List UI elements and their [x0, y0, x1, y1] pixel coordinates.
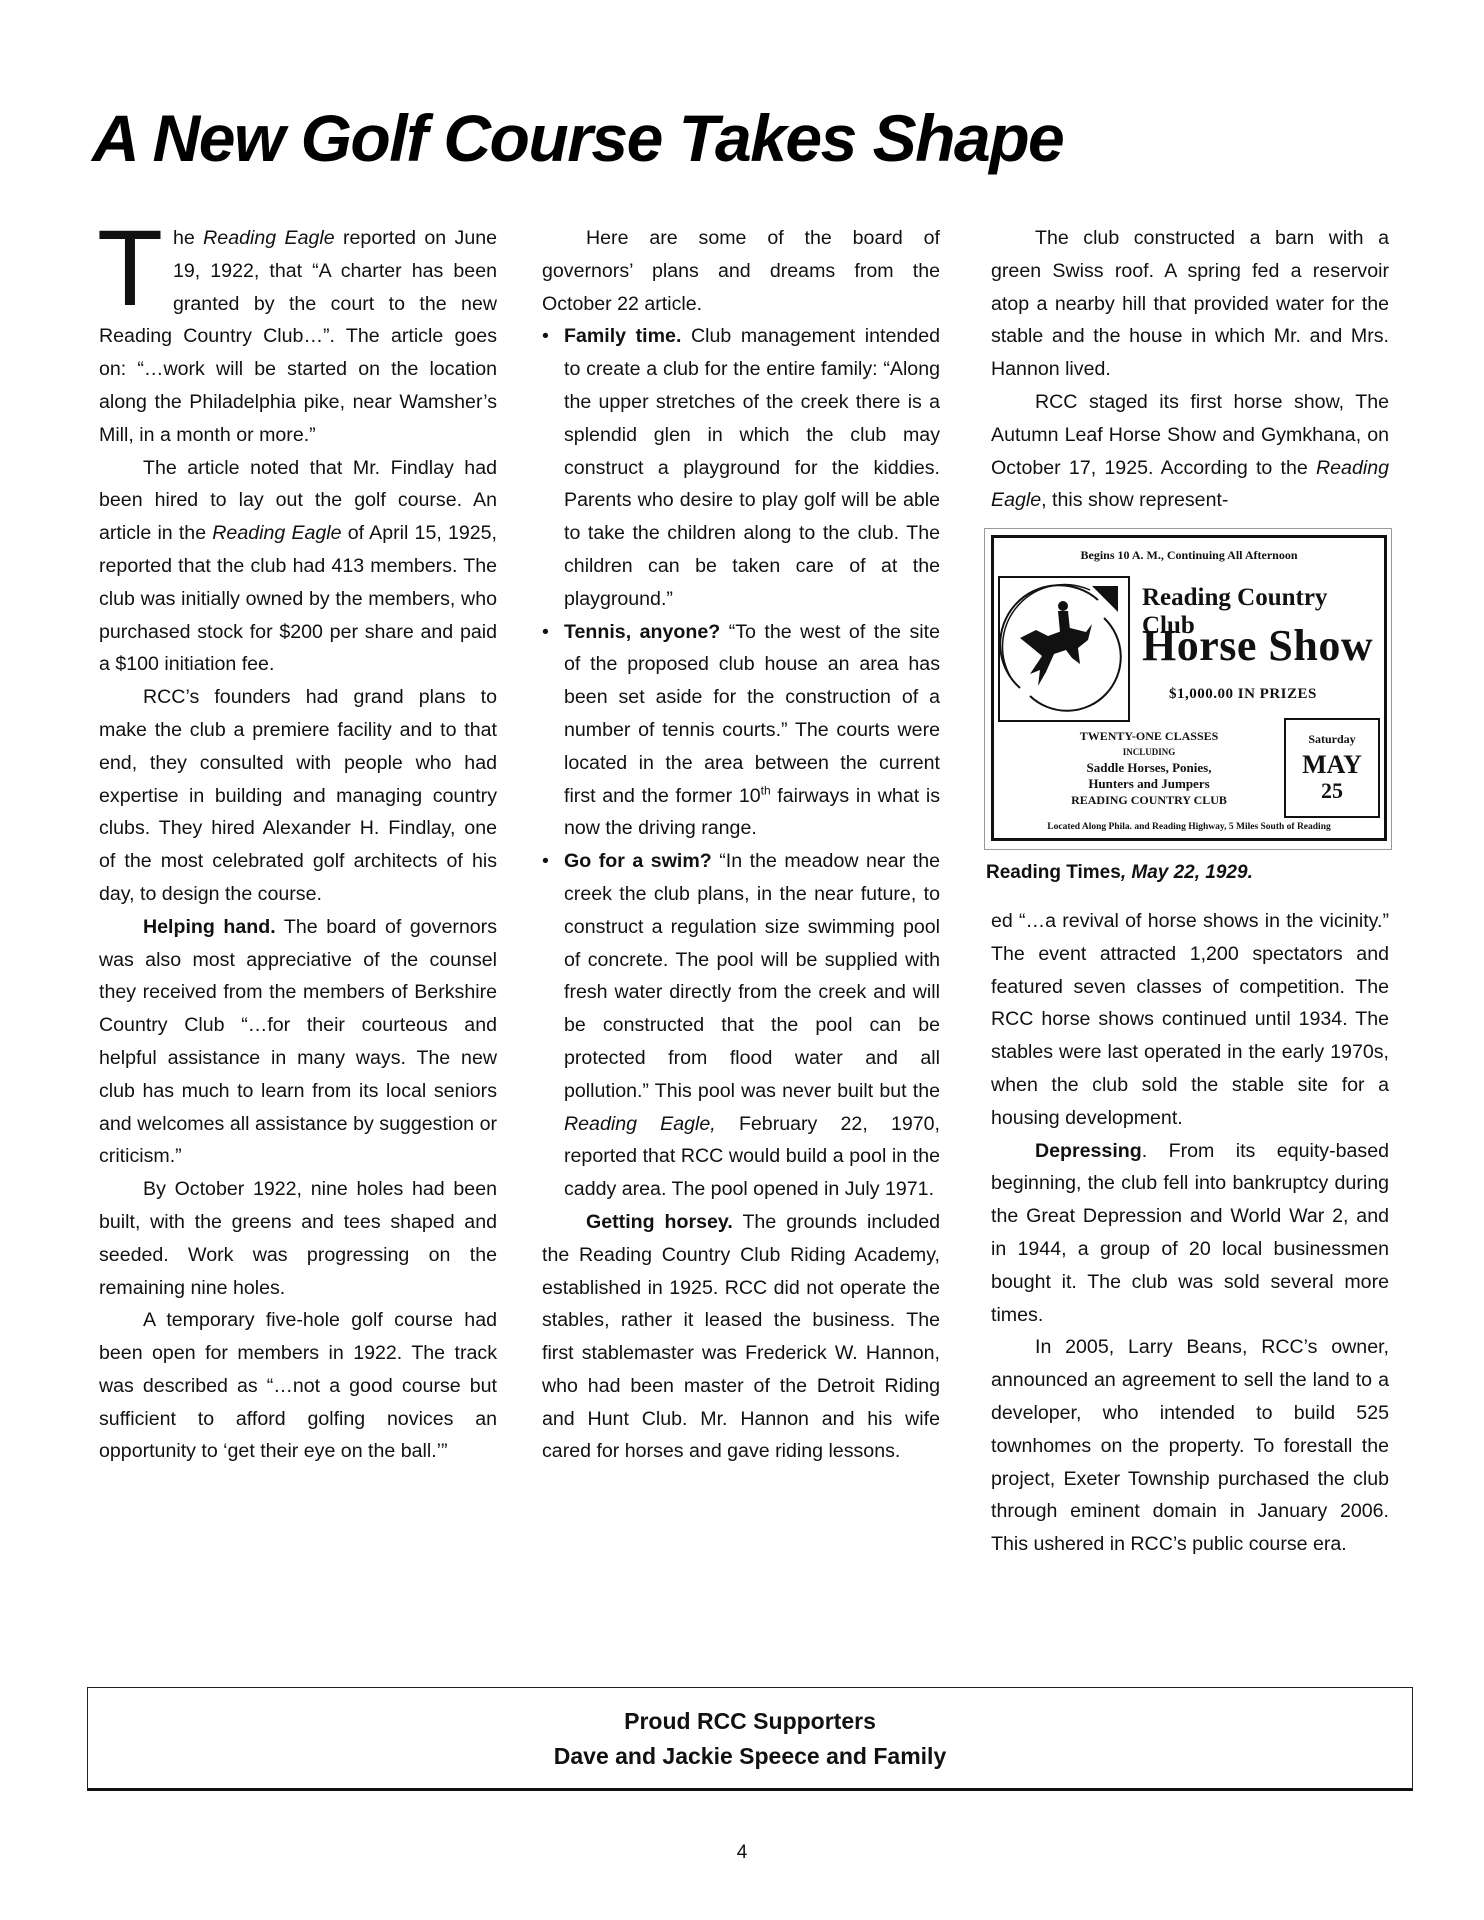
paragraph: In 2005, Larry Beans, RCC’s owner, annou…	[991, 1331, 1389, 1561]
paragraph: RCC staged its first horse show, The Aut…	[991, 386, 1389, 517]
subhead: Getting horsey.	[586, 1211, 733, 1233]
paragraph: RCC’s founders had grand plans to make t…	[99, 681, 497, 911]
column-3-top: The club constructed a barn with a green…	[991, 222, 1389, 517]
image-caption: Reading Times, May 22, 1929.	[986, 862, 1253, 884]
list-item: Go for a swim? “In the meadow near the c…	[564, 845, 940, 1206]
paragraph: The Reading Eagle reported on June 19, 1…	[99, 222, 497, 452]
supporters-heading: Proud RCC Supporters	[88, 1704, 1412, 1738]
supporters-names: Dave and Jackie Speece and Family	[88, 1738, 1412, 1774]
page-number: 4	[0, 1842, 1484, 1864]
list-item: Family time. Club management intended to…	[564, 320, 940, 615]
ad-classes: TWENTY-ONE CLASSES INCLUDING Saddle Hors…	[1034, 728, 1264, 808]
plans-list: Family time. Club management intended to…	[542, 320, 940, 1206]
paragraph: A temporary five-hole golf course had be…	[99, 1304, 497, 1468]
paragraph: The club constructed a barn with a green…	[991, 222, 1389, 386]
paragraph: Getting horsey. The grounds included the…	[542, 1206, 940, 1468]
column-1: The Reading Eagle reported on June 19, 1…	[99, 222, 497, 1468]
paragraph: Helping hand. The board of governors was…	[99, 911, 497, 1173]
ad-top-line: Begins 10 A. M., Continuing All Afternoo…	[994, 548, 1384, 563]
horse-show-ad-image: Begins 10 A. M., Continuing All Afternoo…	[984, 528, 1392, 850]
list-item: Tennis, anyone? “To the west of the site…	[564, 616, 940, 846]
paragraph: The article noted that Mr. Findlay had b…	[99, 452, 497, 682]
article-title: A New Golf Course Takes Shape	[92, 100, 1063, 176]
column-2: Here are some of the board of governors’…	[542, 222, 940, 1468]
ad-prize: $1,000.00 IN PRIZES	[1169, 686, 1317, 703]
paragraph: Here are some of the board of governors’…	[542, 222, 940, 320]
ad-headline: Horse Show	[1142, 620, 1373, 671]
drop-cap: T	[97, 226, 163, 310]
subhead: Helping hand.	[143, 916, 276, 938]
column-3-bottom: ed “…a revival of horse shows in the vic…	[991, 905, 1389, 1561]
supporters-box: Proud RCC Supporters Dave and Jackie Spe…	[87, 1687, 1413, 1791]
horse-rider-icon	[998, 576, 1130, 722]
ad-location: Located Along Phila. and Reading Highway…	[994, 822, 1384, 832]
paragraph: Depressing. From its equity-based beginn…	[991, 1135, 1389, 1332]
subhead: Depressing	[1035, 1140, 1142, 1162]
paragraph: ed “…a revival of horse shows in the vic…	[991, 905, 1389, 1135]
ad-date-box: Saturday MAY 25	[1284, 718, 1380, 818]
paragraph: By October 1922, nine holes had been bui…	[99, 1173, 497, 1304]
